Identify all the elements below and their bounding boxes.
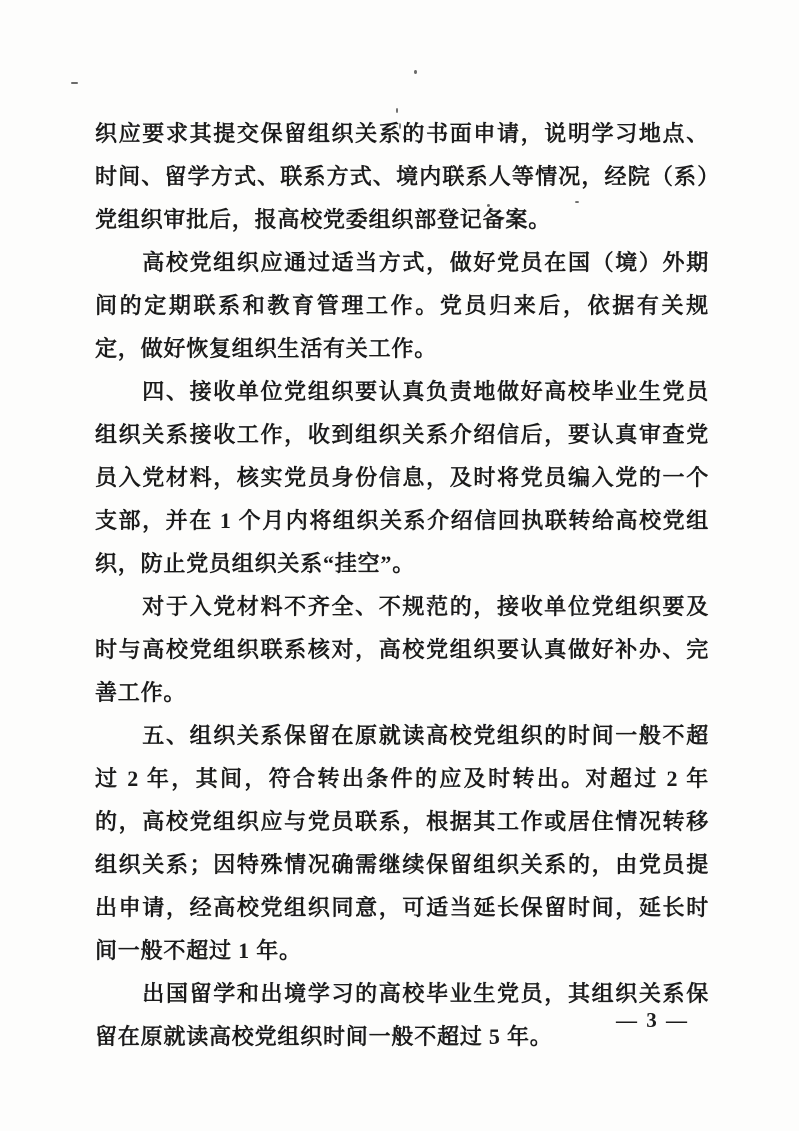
paragraph-item-5: 五、组织关系保留在原就读高校党组织的时间一般不超过 2 年，其间，符合转出条件的… — [95, 714, 709, 972]
paragraph-materials-check: 对于入党材料不齐全、不规范的，接收单位党组织要及时与高校党组织联系核对，高校党组… — [95, 585, 709, 714]
paragraph-continuation: 织应要求其提交保留组织关系的书面申请，说明学习地点、时间、留学方式、联系方式、境… — [95, 112, 709, 241]
paragraph-item-4: 四、接收单位党组织要认真负责地做好高校毕业生党员组织关系接收工作，收到组织关系介… — [95, 370, 709, 585]
scanned-document-page: 织应要求其提交保留组织关系的书面申请，说明学习地点、时间、留学方式、联系方式、境… — [0, 0, 799, 1131]
scan-speck — [414, 70, 417, 74]
page-number: — 3 — — [616, 1008, 689, 1033]
scan-speck — [71, 82, 78, 84]
paragraph-overseas-contact: 高校党组织应通过适当方式，做好党员在国（境）外期间的定期联系和教育管理工作。党员… — [95, 241, 709, 370]
document-body-text: 织应要求其提交保留组织关系的书面申请，说明学习地点、时间、留学方式、联系方式、境… — [95, 112, 709, 1058]
